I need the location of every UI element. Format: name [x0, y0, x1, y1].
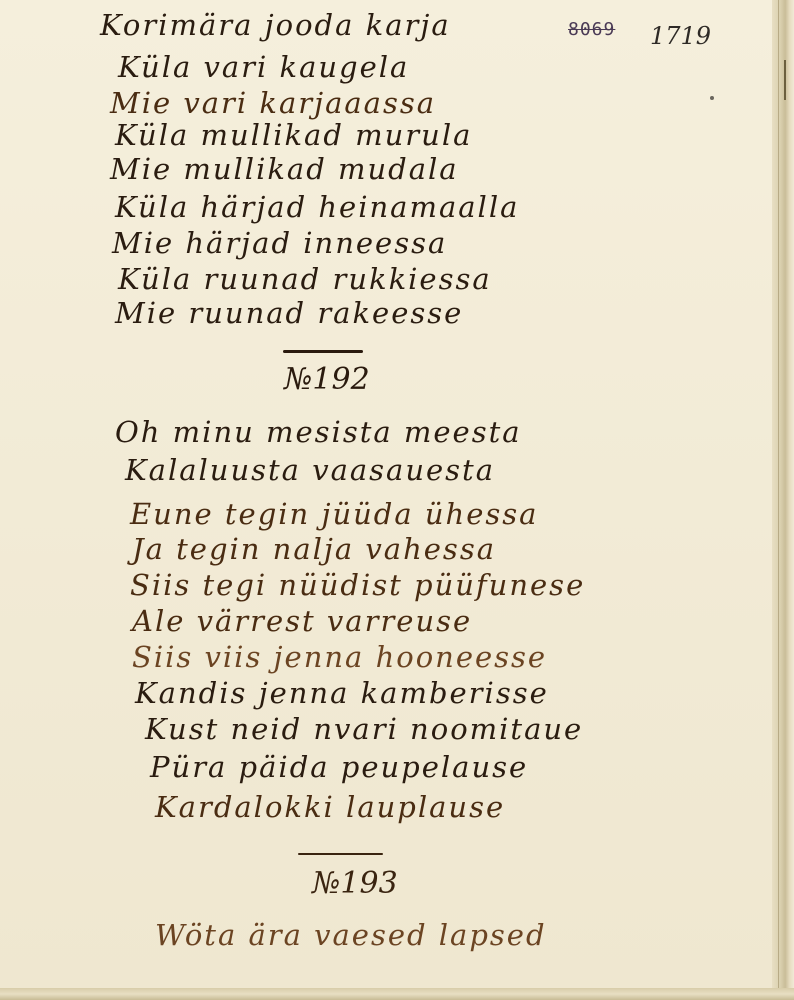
page-edge-right — [772, 0, 794, 1000]
song-number-192: №192 — [284, 362, 370, 397]
verse-line: Kandis jenna kamberisse — [135, 676, 549, 710]
verse-line: Kalaluusta vaasauesta — [125, 453, 495, 487]
verse-line: Küla mullikad murula — [115, 118, 472, 152]
verse-line: Mie härjad inneessa — [112, 226, 447, 260]
struck-stamp-number: 8069 — [568, 19, 615, 40]
verse-line: Siis viis jenna hooneesse — [132, 640, 547, 674]
verse-line: Ja tegin nalja vahessa — [132, 532, 496, 566]
verse-line: Siis tegi nüüdist püüfunese — [130, 568, 585, 602]
page-edge-bottom — [0, 988, 794, 1000]
verse-line: Püra päida peupelause — [150, 750, 528, 784]
verse-line: Küla vari kaugela — [118, 50, 409, 84]
verse-line: Mie mullikad mudala — [110, 152, 459, 186]
song-number-193: №193 — [312, 866, 398, 901]
verse-line: Kust neid nvari noomitaue — [145, 712, 583, 746]
verse-line: Kardalokki lauplause — [155, 790, 505, 824]
verse-line: Eune tegin jüüda ühessa — [130, 497, 538, 531]
ink-spot — [710, 96, 714, 100]
archive-number: 1719 — [650, 22, 711, 50]
verse-line: Küla härjad heinamaalla — [115, 190, 519, 224]
verse-line: Wöta ära vaesed lapsed — [155, 918, 547, 952]
verse-line: Mie vari karjaaassa — [110, 86, 436, 120]
section-divider — [298, 853, 383, 855]
verse-line: Ale värrest varreuse — [132, 604, 472, 638]
section-divider — [283, 350, 363, 353]
verse-line: Korimära jooda karja — [100, 8, 451, 42]
verse-line: Mie ruunad rakeesse — [115, 296, 463, 330]
verse-line: Küla ruunad rukkiessa — [118, 262, 492, 296]
verse-line: Oh minu mesista meesta — [115, 415, 522, 449]
